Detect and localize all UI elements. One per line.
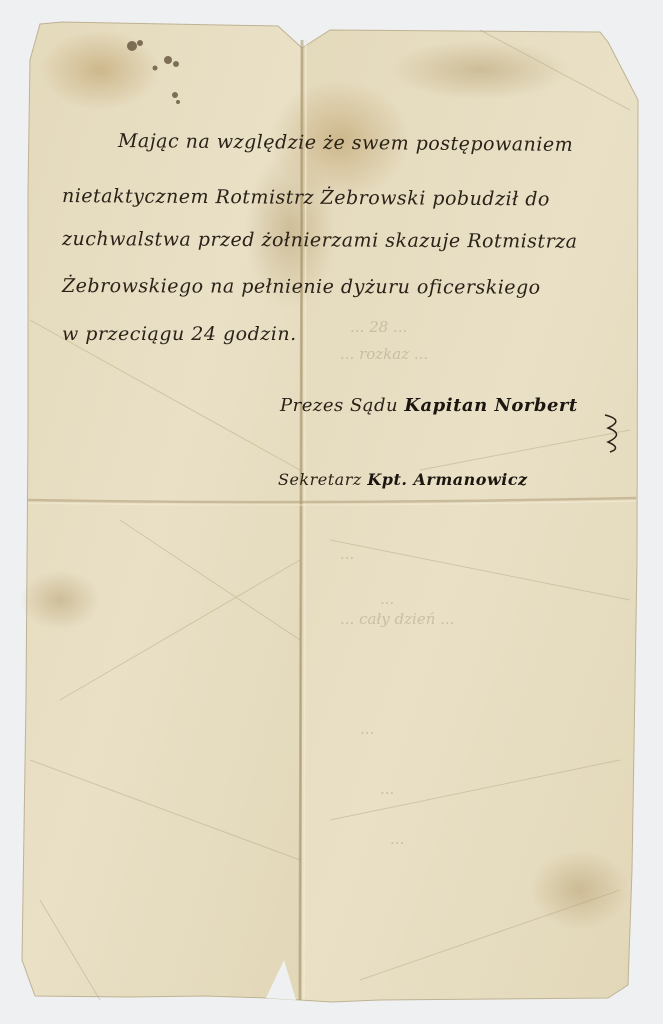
signature-role: Sekretarz bbox=[278, 470, 362, 489]
document-paper: ... ... 28 ... ... rozkaz ... ... ... ca… bbox=[0, 0, 663, 1024]
body-line-1: Mając na względzie że swem postępowaniem bbox=[118, 130, 573, 156]
signature-role: Prezes Sądu bbox=[280, 395, 398, 416]
bleed-through-line: ... bbox=[380, 590, 394, 608]
bleed-through-line: ... cały dzień ... bbox=[340, 610, 454, 628]
signature-block-secretary: Sekretarz Kpt. Armanowicz bbox=[278, 470, 528, 489]
bleed-through-line: ... 28 ... bbox=[350, 318, 407, 336]
signature-block-president: Prezes Sądu Kapitan Norbert bbox=[280, 395, 578, 416]
signature-flourish-icon bbox=[600, 410, 630, 455]
bleed-through-line: ... bbox=[390, 830, 404, 848]
body-line-4: Żebrowskiego na pełnienie dyżuru oficers… bbox=[62, 275, 541, 299]
bleed-through-line: ... bbox=[360, 720, 374, 738]
signature-name: Kpt. Armanowicz bbox=[367, 470, 527, 489]
body-line-2: nietaktycznem Rotmistrz Żebrowski pobudz… bbox=[62, 185, 550, 210]
bleed-through-line: ... rozkaz ... bbox=[340, 345, 428, 363]
signature-name: Kapitan Norbert bbox=[404, 395, 577, 416]
bleed-through-line: ... bbox=[380, 780, 394, 798]
bleed-through-line: ... bbox=[340, 545, 354, 563]
body-line-3: zuchwalstwa przed żołnierzami skazuje Ro… bbox=[62, 228, 578, 253]
body-line-5: w przeciągu 24 godzin. bbox=[62, 323, 297, 345]
